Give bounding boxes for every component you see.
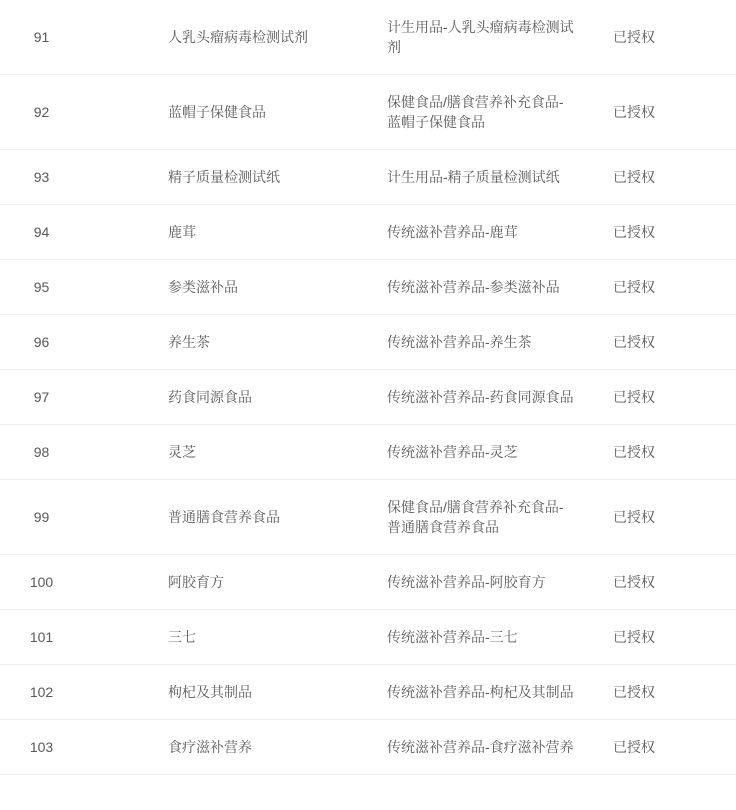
row-number: 101 <box>0 610 138 665</box>
status-label: 已授权 <box>613 370 736 425</box>
category-name: 鹿茸 <box>138 205 357 260</box>
category-name: 食疗滋补营养 <box>138 720 357 775</box>
category-path: 传统滋补营养品-鹿茸 <box>357 205 613 260</box>
status-label: 已授权 <box>613 260 736 315</box>
status-label: 已授权 <box>613 610 736 665</box>
category-path: 传统滋补营养品-阿胶育方 <box>357 555 613 610</box>
table-row: 94 鹿茸 传统滋补营养品-鹿茸 已授权 <box>0 205 736 260</box>
table-row: 93 精子质量检测试纸 计生用品-精子质量检测试纸 已授权 <box>0 150 736 205</box>
category-name: 枸杞及其制品 <box>138 665 357 720</box>
table-row: 98 灵芝 传统滋补营养品-灵芝 已授权 <box>0 425 736 480</box>
row-number: 95 <box>0 260 138 315</box>
category-path: 传统滋补营养品-三七 <box>357 610 613 665</box>
category-name: 三七 <box>138 610 357 665</box>
table-row: 99 普通膳食营养食品 保健食品/膳食营养补充食品-普通膳食营养食品 已授权 <box>0 480 736 555</box>
row-number: 91 <box>0 0 138 75</box>
status-label: 已授权 <box>613 0 736 75</box>
authorized-categories-table: 91 人乳头瘤病毒检测试剂 计生用品-人乳头瘤病毒检测试剂 已授权 92 蓝帽子… <box>0 0 736 775</box>
category-path: 传统滋补营养品-食疗滋补营养 <box>357 720 613 775</box>
category-name: 阿胶育方 <box>138 555 357 610</box>
category-path: 传统滋补营养品-参类滋补品 <box>357 260 613 315</box>
row-number: 92 <box>0 75 138 150</box>
row-number: 93 <box>0 150 138 205</box>
row-number: 97 <box>0 370 138 425</box>
status-label: 已授权 <box>613 205 736 260</box>
category-name: 养生茶 <box>138 315 357 370</box>
category-name: 人乳头瘤病毒检测试剂 <box>138 0 357 75</box>
category-name: 灵芝 <box>138 425 357 480</box>
status-label: 已授权 <box>613 425 736 480</box>
category-name: 蓝帽子保健食品 <box>138 75 357 150</box>
table-row: 100 阿胶育方 传统滋补营养品-阿胶育方 已授权 <box>0 555 736 610</box>
table-row: 95 参类滋补品 传统滋补营养品-参类滋补品 已授权 <box>0 260 736 315</box>
table-row: 97 药食同源食品 传统滋补营养品-药食同源食品 已授权 <box>0 370 736 425</box>
table-body: 91 人乳头瘤病毒检测试剂 计生用品-人乳头瘤病毒检测试剂 已授权 92 蓝帽子… <box>0 0 736 775</box>
category-name: 药食同源食品 <box>138 370 357 425</box>
row-number: 96 <box>0 315 138 370</box>
row-number: 94 <box>0 205 138 260</box>
status-label: 已授权 <box>613 75 736 150</box>
status-label: 已授权 <box>613 150 736 205</box>
category-name: 普通膳食营养食品 <box>138 480 357 555</box>
category-path: 传统滋补营养品-枸杞及其制品 <box>357 665 613 720</box>
table-row: 92 蓝帽子保健食品 保健食品/膳食营养补充食品-蓝帽子保健食品 已授权 <box>0 75 736 150</box>
row-number: 99 <box>0 480 138 555</box>
status-label: 已授权 <box>613 480 736 555</box>
status-label: 已授权 <box>613 665 736 720</box>
category-name: 精子质量检测试纸 <box>138 150 357 205</box>
category-path: 保健食品/膳食营养补充食品-普通膳食营养食品 <box>357 480 613 555</box>
table-row: 91 人乳头瘤病毒检测试剂 计生用品-人乳头瘤病毒检测试剂 已授权 <box>0 0 736 75</box>
row-number: 100 <box>0 555 138 610</box>
category-path: 计生用品-精子质量检测试纸 <box>357 150 613 205</box>
row-number: 102 <box>0 665 138 720</box>
status-label: 已授权 <box>613 315 736 370</box>
status-label: 已授权 <box>613 555 736 610</box>
status-label: 已授权 <box>613 720 736 775</box>
category-path: 保健食品/膳食营养补充食品-蓝帽子保健食品 <box>357 75 613 150</box>
table-row: 102 枸杞及其制品 传统滋补营养品-枸杞及其制品 已授权 <box>0 665 736 720</box>
category-path: 传统滋补营养品-灵芝 <box>357 425 613 480</box>
category-path: 传统滋补营养品-养生茶 <box>357 315 613 370</box>
row-number: 103 <box>0 720 138 775</box>
category-path: 计生用品-人乳头瘤病毒检测试剂 <box>357 0 613 75</box>
table-row: 103 食疗滋补营养 传统滋补营养品-食疗滋补营养 已授权 <box>0 720 736 775</box>
category-name: 参类滋补品 <box>138 260 357 315</box>
category-path: 传统滋补营养品-药食同源食品 <box>357 370 613 425</box>
table-row: 96 养生茶 传统滋补营养品-养生茶 已授权 <box>0 315 736 370</box>
row-number: 98 <box>0 425 138 480</box>
table-row: 101 三七 传统滋补营养品-三七 已授权 <box>0 610 736 665</box>
